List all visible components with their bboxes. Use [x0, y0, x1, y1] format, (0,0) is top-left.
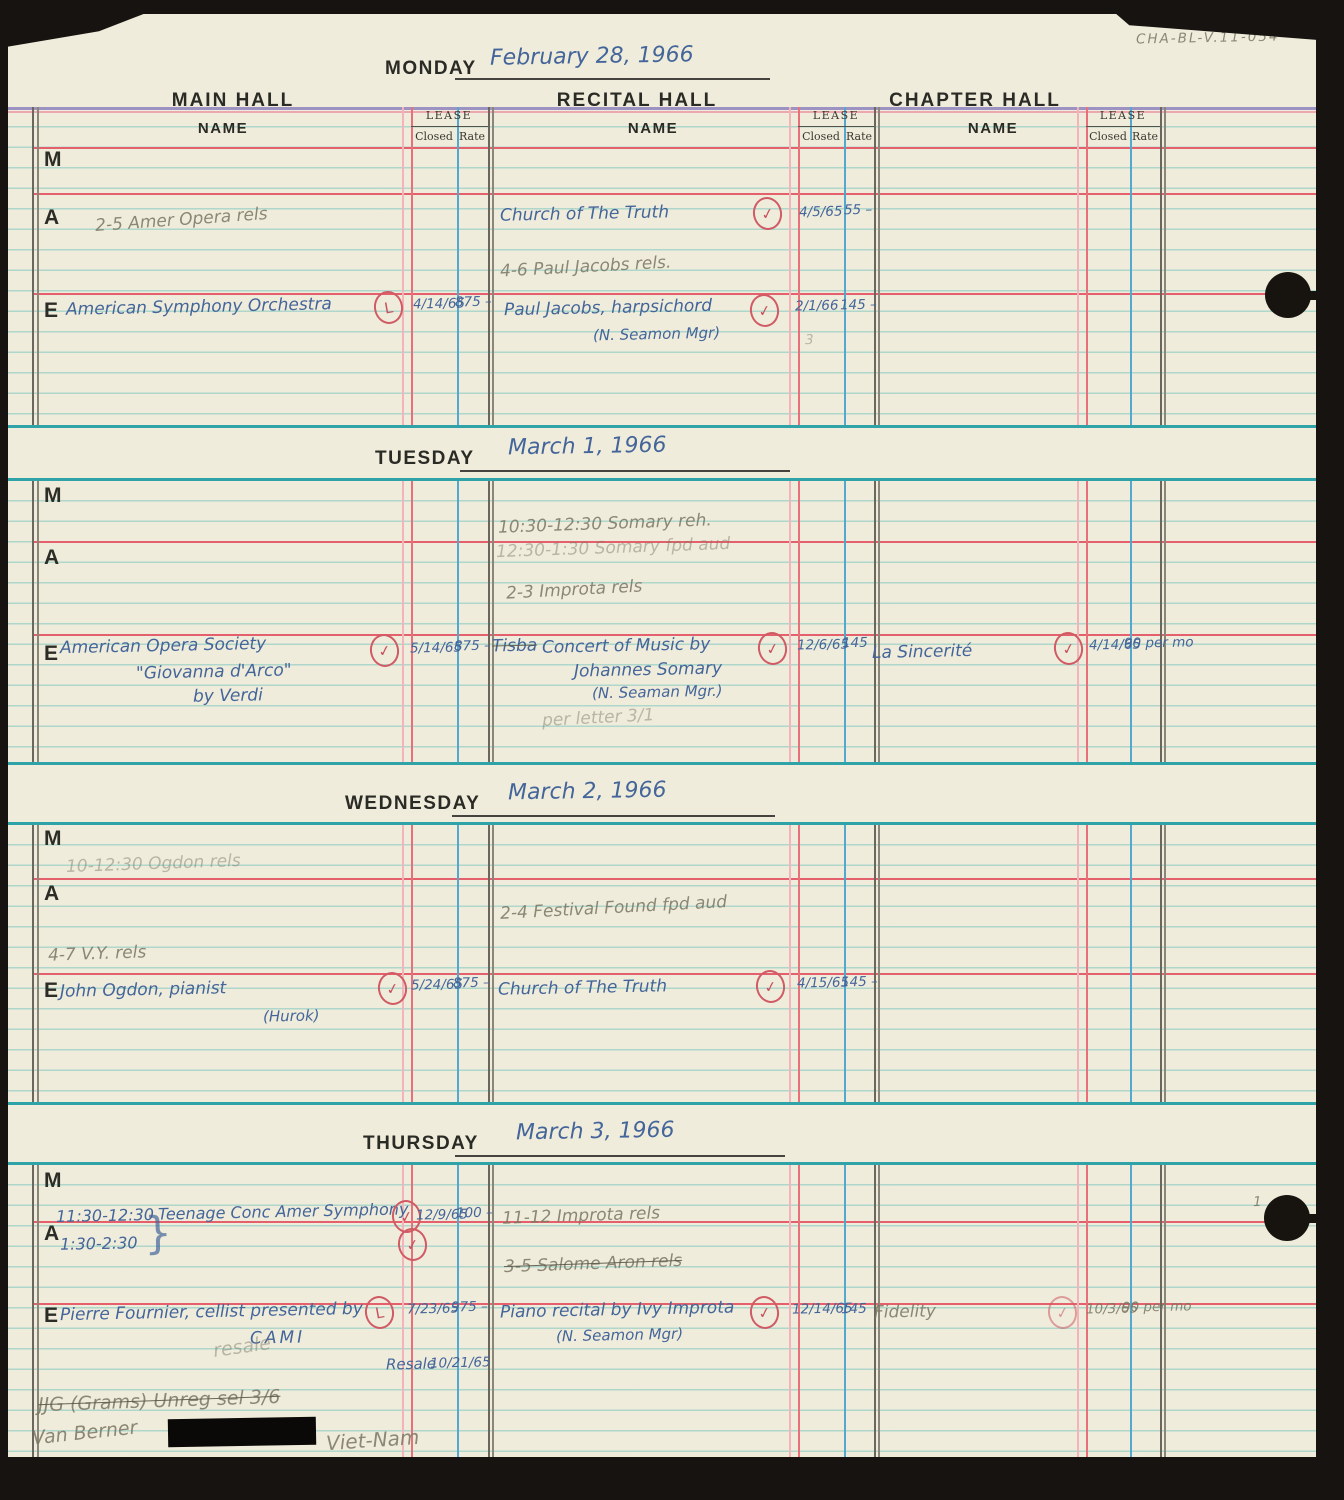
- entry-time: 11:30-12:30: [56, 1205, 154, 1226]
- entry-work: "Giovanna d'Arco": [136, 660, 292, 683]
- entry-name: Church of The Truth: [500, 202, 669, 226]
- col-rate-main: Rate: [459, 130, 485, 143]
- hole-punch-stem: [1304, 291, 1316, 300]
- entry-name: La Sincerité: [872, 641, 973, 663]
- row-line: [32, 293, 1316, 295]
- row-label-m: M: [44, 827, 62, 851]
- row-label-e: E: [44, 979, 58, 1003]
- rate-value: 975 –: [451, 1299, 488, 1316]
- date-underline: [455, 1155, 785, 1157]
- row-label-a: A: [44, 546, 59, 570]
- rate-value: 145 –: [841, 974, 878, 991]
- entry-manager: (N. Seamon Mgr): [593, 324, 720, 345]
- header-bottom-line: [32, 147, 1316, 149]
- rate-value: 90 per mo: [1124, 634, 1194, 651]
- day-label-thursday: THURSDAY: [363, 1133, 479, 1155]
- row-line: [32, 193, 1316, 195]
- row-label-a: A: [44, 206, 59, 230]
- row-line: [32, 878, 1316, 880]
- hall-title-recital: RECITAL HALL: [557, 90, 718, 112]
- date-wednesday: March 2, 1966: [508, 778, 667, 806]
- rate-value: 55 –: [844, 202, 873, 219]
- rate-value: 875 –: [453, 975, 490, 992]
- hole-punch-stem: [1303, 1214, 1316, 1223]
- day-label-wednesday: WEDNESDAY: [345, 793, 480, 815]
- brace-glyph: }: [143, 1208, 172, 1260]
- row-label-m: M: [44, 1169, 62, 1193]
- row-label-m: M: [44, 484, 62, 508]
- col-name-recital: NAME: [628, 120, 678, 137]
- entry-manager: (N. Seamon Mgr): [556, 1325, 683, 1346]
- entry-artist: Johannes Somary: [574, 658, 722, 681]
- day-label-monday: MONDAY: [385, 58, 477, 80]
- date-thursday: March 3, 1966: [516, 1118, 675, 1146]
- pencil-tick: 1: [1253, 1194, 1262, 1210]
- col-lease-recital: LEASE: [813, 109, 859, 122]
- date-tuesday: March 1, 1966: [508, 433, 667, 461]
- resale-date: 10/21/65: [430, 1354, 491, 1371]
- hall-title-chapter: CHAPTER HALL: [889, 90, 1061, 112]
- row-label-e: E: [44, 1304, 58, 1328]
- rate-value: 145: [842, 635, 868, 652]
- date-underline: [452, 815, 775, 817]
- entry-name: Concert of Music by: [542, 634, 711, 658]
- date-monday: February 28, 1966: [490, 42, 694, 71]
- entry-name: Church of The Truth: [498, 976, 667, 1000]
- entry-manager: (N. Seaman Mgr.): [592, 682, 723, 703]
- col-name-main: NAME: [198, 120, 248, 137]
- entry-time: 1:30-2:30: [60, 1233, 138, 1254]
- closed-date: 4/5/65: [799, 204, 843, 221]
- day-label-tuesday: TUESDAY: [375, 448, 475, 470]
- entry-manager: (Hurok): [263, 1006, 320, 1025]
- col-name-chapter: NAME: [968, 120, 1018, 137]
- entry-name: John Ogdon, pianist: [60, 978, 227, 1001]
- row-line: [32, 973, 1316, 975]
- col-closed-chapter: Closed: [1089, 130, 1127, 143]
- entry-name: Fidelity: [874, 1301, 936, 1322]
- rate-value: 875 –: [454, 638, 491, 655]
- date-underline: [460, 470, 790, 472]
- rate-value: 100 –: [456, 1205, 493, 1222]
- rate-value: 145 –: [840, 297, 877, 314]
- date-underline: [455, 78, 770, 80]
- row-label-a: A: [44, 882, 59, 906]
- col-closed-recital: Closed: [802, 130, 840, 143]
- entry-struck-word: Tisba: [492, 636, 538, 657]
- col-closed-main: Closed: [415, 130, 453, 143]
- col-rate-chapter: Rate: [1132, 130, 1158, 143]
- redaction-bar: [168, 1417, 316, 1448]
- entry-note: 3: [805, 332, 814, 348]
- closed-date: 2/1/66: [795, 298, 839, 315]
- scanned-ledger-photo: { "page": { "ref_code": "CHA-BL-V.11-054…: [0, 0, 1344, 1500]
- rate-value: 90 per mo: [1122, 1298, 1192, 1315]
- resale-label: Resale: [386, 1354, 436, 1373]
- hall-title-main: MAIN HALL: [172, 90, 294, 112]
- row-label-e: E: [44, 642, 58, 666]
- ledger-page: CHA-BL-V.11-054 MONDAY February 28, 1966…: [8, 14, 1316, 1457]
- col-rate-recital: Rate: [846, 130, 872, 143]
- entry-composer: by Verdi: [193, 685, 263, 706]
- col-lease-main: LEASE: [426, 109, 472, 122]
- row-label-m: M: [44, 148, 62, 172]
- row-label-e: E: [44, 299, 58, 323]
- rate-value: 875 –: [455, 294, 492, 311]
- rate-value: 145: [841, 1301, 867, 1318]
- entry-note: 4-7 V.Y. rels: [48, 942, 147, 965]
- col-lease-chapter: LEASE: [1100, 109, 1146, 122]
